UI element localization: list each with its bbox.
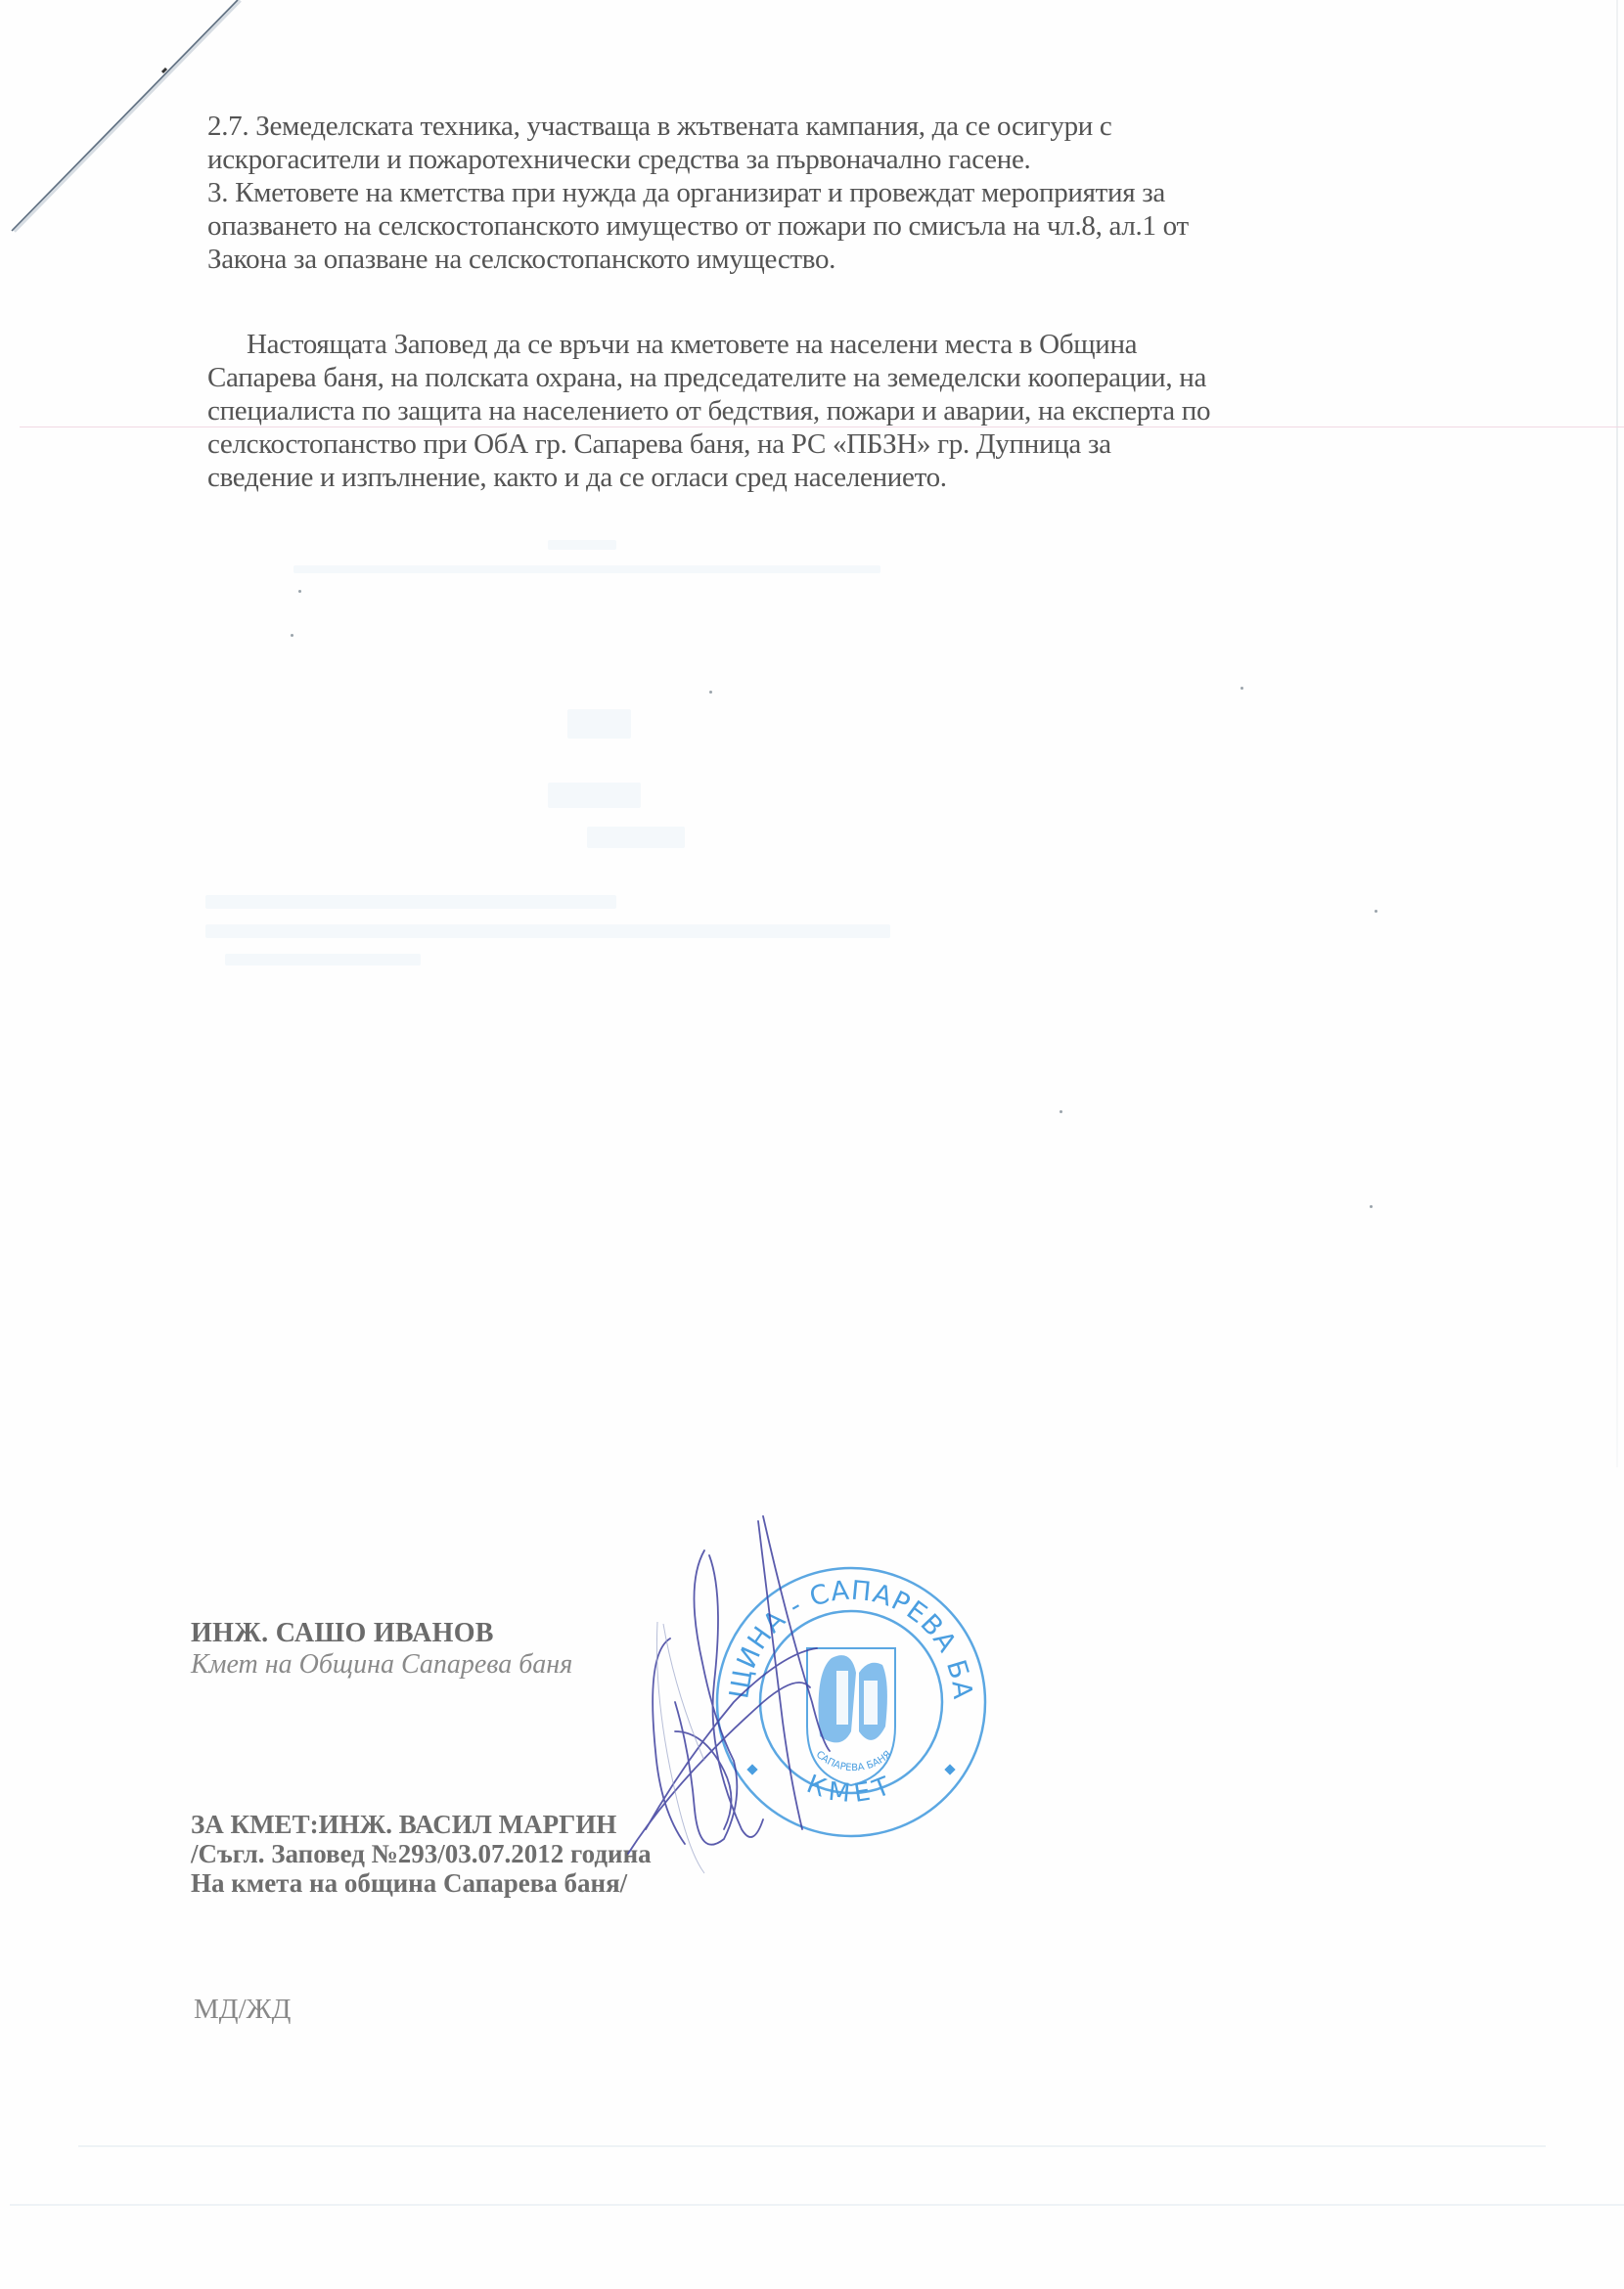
signatory-block: ИНЖ. САШО ИВАНОВ Кмет на Община Сапарева…: [191, 1618, 572, 1681]
deputy-block: ЗА КМЕТ:ИНЖ. ВАСИЛ МАРГИН /Съгл. Заповед…: [191, 1810, 652, 1898]
order-items-section: 2.7. Земеделската техника, участваща в ж…: [207, 110, 1421, 276]
item-3-line-3: Закона за опазване на селскостопанското …: [207, 243, 1421, 276]
scan-edge: [1616, 0, 1618, 1467]
item-3-line-2: опазването на селскостопанското имуществ…: [207, 209, 1421, 243]
bleed-through-mark: [205, 895, 616, 909]
closing-line-1: Настоящата Заповед да се връчи на кметов…: [207, 328, 1421, 361]
scan-speck: [1375, 910, 1377, 913]
closing-line-4: селскостопанство при ОбА гр. Сапарева ба…: [207, 427, 1421, 461]
scanned-document-page: 2.7. Земеделската техника, участваща в ж…: [0, 0, 1624, 2289]
bleed-through-mark: [567, 709, 631, 739]
scan-speck: [298, 590, 301, 593]
scan-speck: [1370, 1205, 1373, 1208]
scan-speck: [1241, 687, 1243, 690]
scan-artifact-line: [10, 2204, 1624, 2206]
scan-speck: [709, 691, 712, 694]
scan-speck: [1060, 1110, 1062, 1113]
item-2-7-line-2: искрогасители и пожаротехнически средств…: [207, 143, 1421, 176]
deputy-order-reference: /Съгл. Заповед №293/03.07.2012 година: [191, 1839, 652, 1868]
svg-text:КМЕТ: КМЕТ: [802, 1770, 899, 1809]
bleed-through-mark: [293, 565, 880, 573]
bleed-through-mark: [205, 924, 890, 938]
bleed-through-mark: [225, 954, 421, 965]
author-initials: МД/ЖД: [194, 1994, 291, 2026]
deputy-authority: На кмета на община Сапарева баня/: [191, 1868, 652, 1898]
official-stamp-icon: ОБЩИНА - САПАРЕВА БАНЯ КМЕТ САПАРЕВА БАН…: [704, 1555, 998, 1849]
item-2-7-line-1: 2.7. Земеделската техника, участваща в ж…: [207, 110, 1421, 143]
item-3-line-1: 3. Кметовете на кметства при нужда да ор…: [207, 176, 1421, 209]
signatory-name: ИНЖ. САШО ИВАНОВ: [191, 1618, 572, 1649]
bleed-through-mark: [587, 827, 685, 848]
scan-speck: [291, 634, 293, 637]
closing-line-3: специалиста по защита на населението от …: [207, 394, 1421, 427]
deputy-name: ЗА КМЕТ:ИНЖ. ВАСИЛ МАРГИН: [191, 1810, 652, 1839]
closing-line-2: Сапарева баня, на полската охрана, на пр…: [207, 361, 1421, 394]
closing-line-5: сведение и изпълнение, както и да се огл…: [207, 461, 1421, 494]
signatory-title: Кмет на Община Сапарева баня: [191, 1649, 572, 1681]
scan-artifact-line: [78, 2145, 1546, 2147]
bleed-through-mark: [548, 783, 641, 808]
bleed-through-mark: [548, 540, 616, 550]
closing-paragraph: Настоящата Заповед да се връчи на кметов…: [207, 328, 1421, 494]
